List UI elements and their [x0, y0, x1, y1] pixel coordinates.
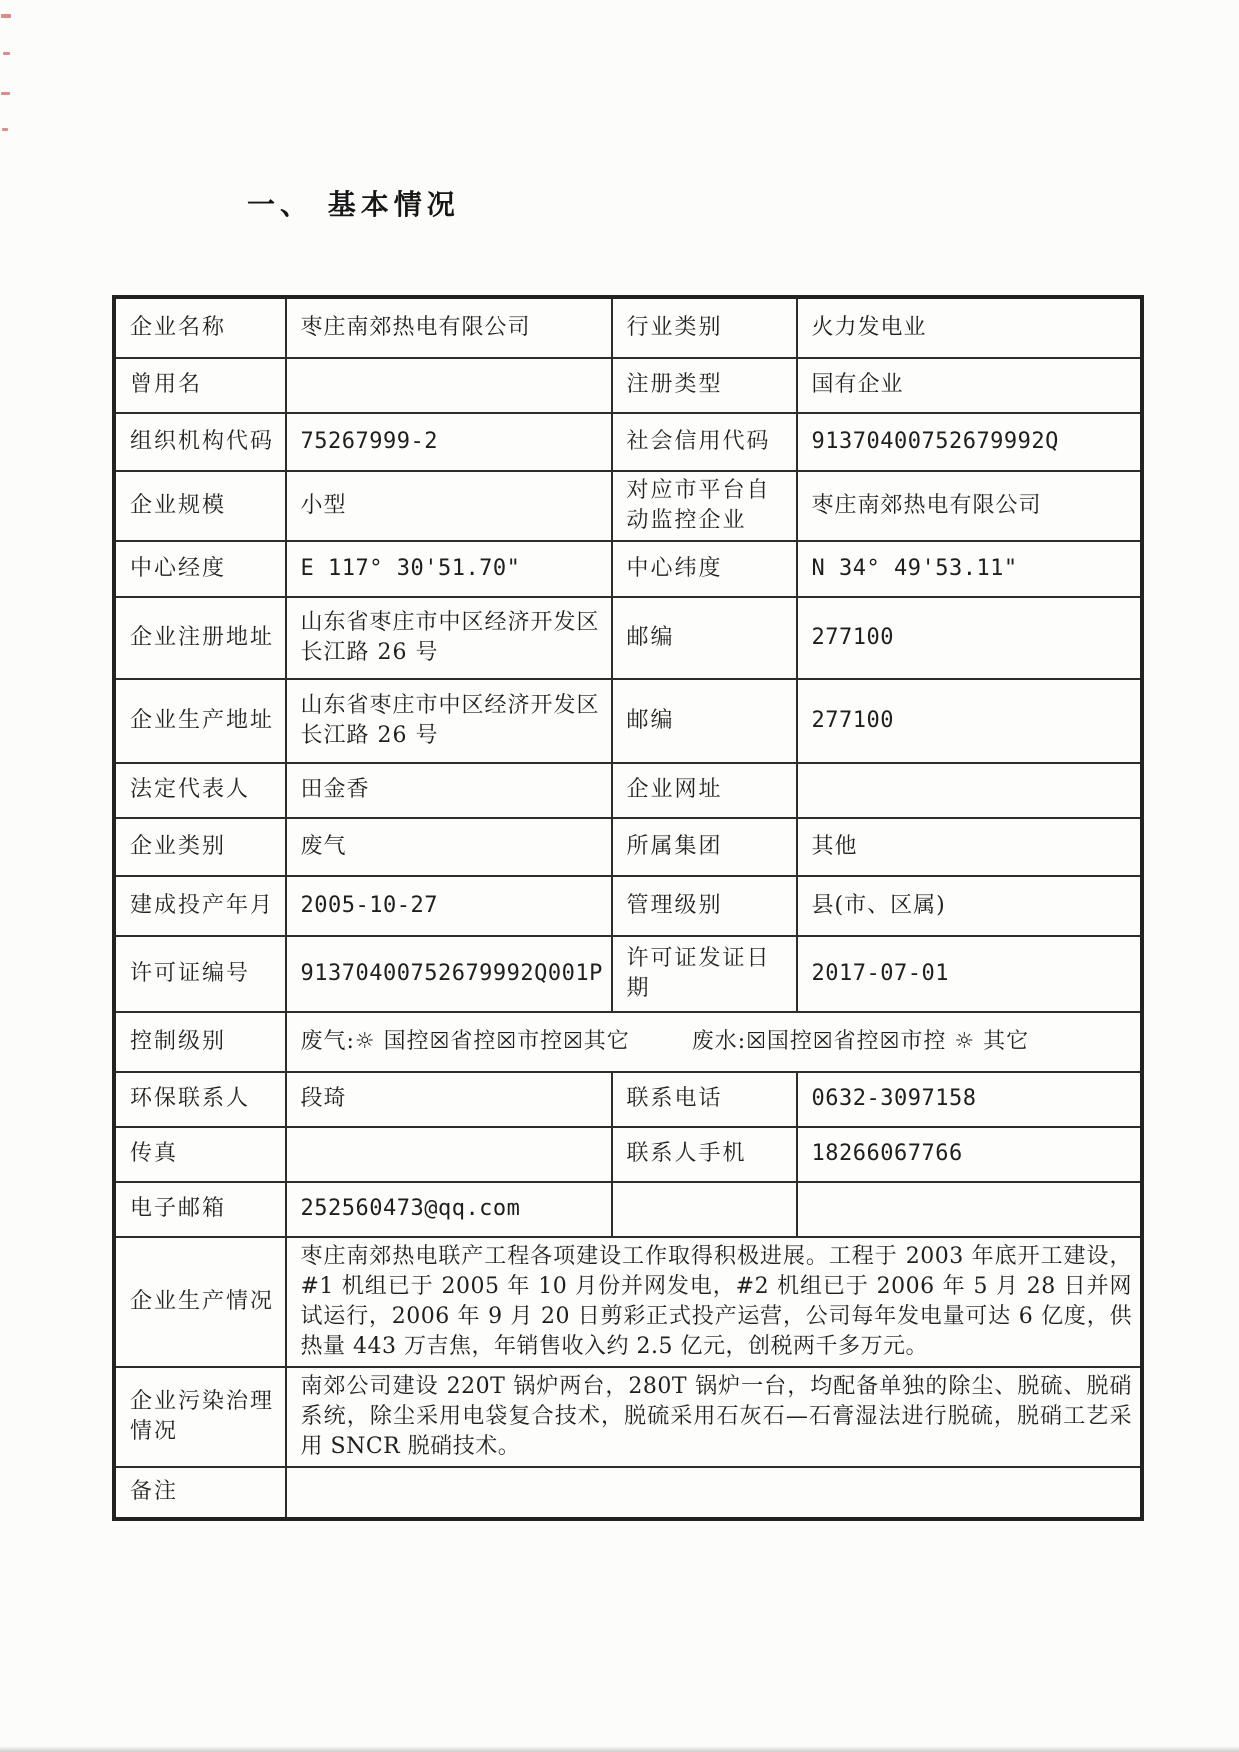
row-env-contact: 环保联系人 段琦 联系电话 0632-3097158	[115, 1072, 1142, 1127]
cell-value: 国有企业	[797, 358, 1142, 413]
cell-value: 91370400752679992Q001P	[286, 936, 612, 1012]
cell-value: 2017-07-01	[797, 936, 1142, 1012]
cell-value: 段琦	[286, 1072, 612, 1127]
cell-value	[286, 1127, 612, 1182]
cell-label: 企业生产情况	[115, 1237, 286, 1367]
cell-label: 注册类型	[612, 358, 797, 413]
scan-artifact-mark	[2, 128, 8, 131]
remarks-text	[286, 1467, 1142, 1519]
cell-label: 中心纬度	[612, 541, 797, 597]
cell-value: 其他	[797, 818, 1142, 876]
basic-info-table: 企业名称 枣庄南郊热电有限公司 行业类别 火力发电业 曾用名 注册类型 国有企业…	[113, 296, 1143, 1520]
waste-water-checkboxes: 废水:☒国控☒省控☒市控 ☼ 其它	[692, 1027, 1029, 1057]
row-org-code: 组织机构代码 75267999-2 社会信用代码 913704007526799…	[115, 413, 1142, 471]
cell-value	[797, 1182, 1142, 1237]
row-legal-representative: 法定代表人 田金香 企业网址	[115, 763, 1142, 818]
scan-artifact-mark	[1, 14, 11, 18]
row-longitude: 中心经度 E 117° 30'51.70" 中心纬度 N 34° 49'53.1…	[115, 541, 1142, 597]
document-page: 一、 基本情况 企业名称 枣庄南郊热电有限公司 行业类别 火力发电业 曾用名 注…	[0, 0, 1239, 1752]
cell-label: 对应市平台自动监控企业	[612, 471, 797, 541]
cell-value: 废气	[286, 818, 612, 876]
cell-value: 75267999-2	[286, 413, 612, 471]
row-company-scale: 企业规模 小型 对应市平台自动监控企业 枣庄南郊热电有限公司	[115, 471, 1142, 541]
cell-label: 中心经度	[115, 541, 286, 597]
cell-label: 联系电话	[612, 1072, 797, 1127]
cell-label: 管理级别	[612, 876, 797, 936]
row-license-number: 许可证编号 91370400752679992Q001P 许可证发证日期 201…	[115, 936, 1142, 1012]
cell-label: 企业规模	[115, 471, 286, 541]
cell-value: 田金香	[286, 763, 612, 818]
cell-label: 备注	[115, 1467, 286, 1519]
pollution-control-text: 南郊公司建设 220T 锅炉两台，280T 锅炉一台，均配备单独的除尘、脱硫、脱…	[286, 1367, 1142, 1467]
cell-label: 所属集团	[612, 818, 797, 876]
cell-value: 252560473@qq.com	[286, 1182, 612, 1237]
section-title: 一、 基本情况	[247, 183, 460, 223]
cell-label: 社会信用代码	[612, 413, 797, 471]
cell-value	[797, 763, 1142, 818]
row-email: 电子邮箱 252560473@qq.com	[115, 1182, 1142, 1237]
cell-label: 法定代表人	[115, 763, 286, 818]
cell-label: 许可证编号	[115, 936, 286, 1012]
cell-label: 传真	[115, 1127, 286, 1182]
cell-label: 联系人手机	[612, 1127, 797, 1182]
production-status-text: 枣庄南郊热电联产工程各项建设工作取得积极进展。工程于 2003 年底开工建设，#…	[286, 1237, 1142, 1367]
cell-value: N 34° 49'53.11"	[797, 541, 1142, 597]
row-company-category: 企业类别 废气 所属集团 其他	[115, 818, 1142, 876]
scan-artifact-mark	[3, 52, 10, 55]
row-production-status: 企业生产情况 枣庄南郊热电联产工程各项建设工作取得积极进展。工程于 2003 年…	[115, 1237, 1142, 1367]
cell-value: 枣庄南郊热电有限公司	[286, 298, 612, 358]
scan-edge-shadow	[0, 1746, 1239, 1752]
cell-label: 曾用名	[115, 358, 286, 413]
row-former-name: 曾用名 注册类型 国有企业	[115, 358, 1142, 413]
cell-label: 建成投产年月	[115, 876, 286, 936]
cell-label: 邮编	[612, 597, 797, 679]
cell-label: 企业污染治理情况	[115, 1367, 286, 1467]
cell-value: 枣庄南郊热电有限公司	[797, 471, 1142, 541]
cell-label: 环保联系人	[115, 1072, 286, 1127]
cell-label: 企业网址	[612, 763, 797, 818]
cell-label: 电子邮箱	[115, 1182, 286, 1237]
cell-label	[612, 1182, 797, 1237]
cell-value: 277100	[797, 597, 1142, 679]
cell-label: 许可证发证日期	[612, 936, 797, 1012]
row-commission-date: 建成投产年月 2005-10-27 管理级别 县(市、区属)	[115, 876, 1142, 936]
cell-value: 277100	[797, 679, 1142, 763]
cell-label: 企业生产地址	[115, 679, 286, 763]
cell-label: 行业类别	[612, 298, 797, 358]
row-production-address: 企业生产地址 山东省枣庄市中区经济开发区长江路 26 号 邮编 277100	[115, 679, 1142, 763]
row-control-level: 控制级别 废气:☼ 国控☒省控☒市控☒其它 废水:☒国控☒省控☒市控 ☼ 其它	[115, 1012, 1142, 1072]
cell-value: 91370400752679992Q	[797, 413, 1142, 471]
cell-label: 邮编	[612, 679, 797, 763]
row-remarks: 备注	[115, 1467, 1142, 1519]
cell-value: 县(市、区属)	[797, 876, 1142, 936]
cell-value: 2005-10-27	[286, 876, 612, 936]
row-registered-address: 企业注册地址 山东省枣庄市中区经济开发区长江路 26 号 邮编 277100	[115, 597, 1142, 679]
scan-artifact-mark	[1, 92, 10, 95]
cell-value	[286, 358, 612, 413]
cell-control-level: 废气:☼ 国控☒省控☒市控☒其它 废水:☒国控☒省控☒市控 ☼ 其它	[286, 1012, 1142, 1072]
row-pollution-control: 企业污染治理情况 南郊公司建设 220T 锅炉两台，280T 锅炉一台，均配备单…	[115, 1367, 1142, 1467]
cell-label: 企业名称	[115, 298, 286, 358]
cell-value: 山东省枣庄市中区经济开发区长江路 26 号	[286, 597, 612, 679]
control-level-options: 废气:☼ 国控☒省控☒市控☒其它 废水:☒国控☒省控☒市控 ☼ 其它	[301, 1027, 1133, 1057]
cell-value: E 117° 30'51.70"	[286, 541, 612, 597]
cell-value: 山东省枣庄市中区经济开发区长江路 26 号	[286, 679, 612, 763]
cell-label: 控制级别	[115, 1012, 286, 1072]
cell-label: 组织机构代码	[115, 413, 286, 471]
cell-value: 0632-3097158	[797, 1072, 1142, 1127]
waste-gas-checkboxes: 废气:☼ 国控☒省控☒市控☒其它	[301, 1027, 630, 1057]
row-company-name: 企业名称 枣庄南郊热电有限公司 行业类别 火力发电业	[115, 298, 1142, 358]
cell-value: 小型	[286, 471, 612, 541]
cell-label: 企业类别	[115, 818, 286, 876]
cell-value: 18266067766	[797, 1127, 1142, 1182]
cell-value: 火力发电业	[797, 298, 1142, 358]
row-fax: 传真 联系人手机 18266067766	[115, 1127, 1142, 1182]
cell-label: 企业注册地址	[115, 597, 286, 679]
